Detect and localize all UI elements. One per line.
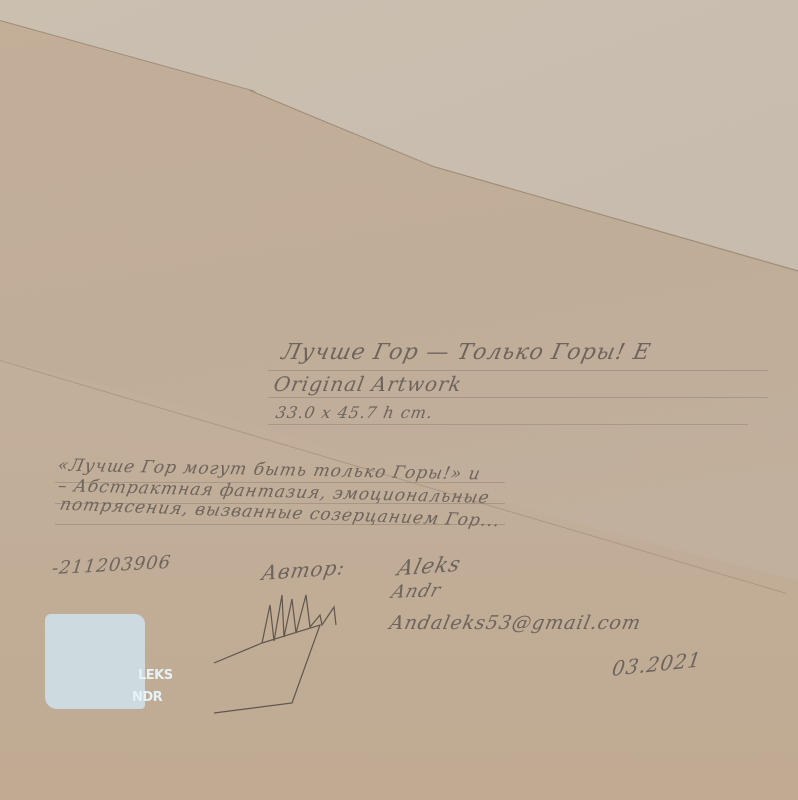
artwork-dimensions: 33.0 x 45.7 h cm. [274, 403, 434, 422]
author-first-name: Aleks [395, 552, 464, 581]
author-last-name: Andr [389, 580, 444, 603]
signature-mark [210, 585, 350, 715]
guide-line [268, 424, 748, 425]
guide-line [268, 397, 768, 398]
original-artwork-label: Original Artwork [272, 372, 464, 396]
kraft-paper-background: Лучше Гор — Только Горы! Е Original Artw… [0, 0, 798, 800]
stamp-text-bottom: NDR [132, 690, 162, 705]
artwork-title: Лучше Гор — Только Горы! Е [279, 340, 653, 365]
guide-line [268, 370, 768, 371]
artist-stamp [45, 614, 145, 709]
stamp-text-top: LEKS [138, 668, 173, 683]
author-email: Andaleks53@gmail.com [388, 612, 644, 634]
